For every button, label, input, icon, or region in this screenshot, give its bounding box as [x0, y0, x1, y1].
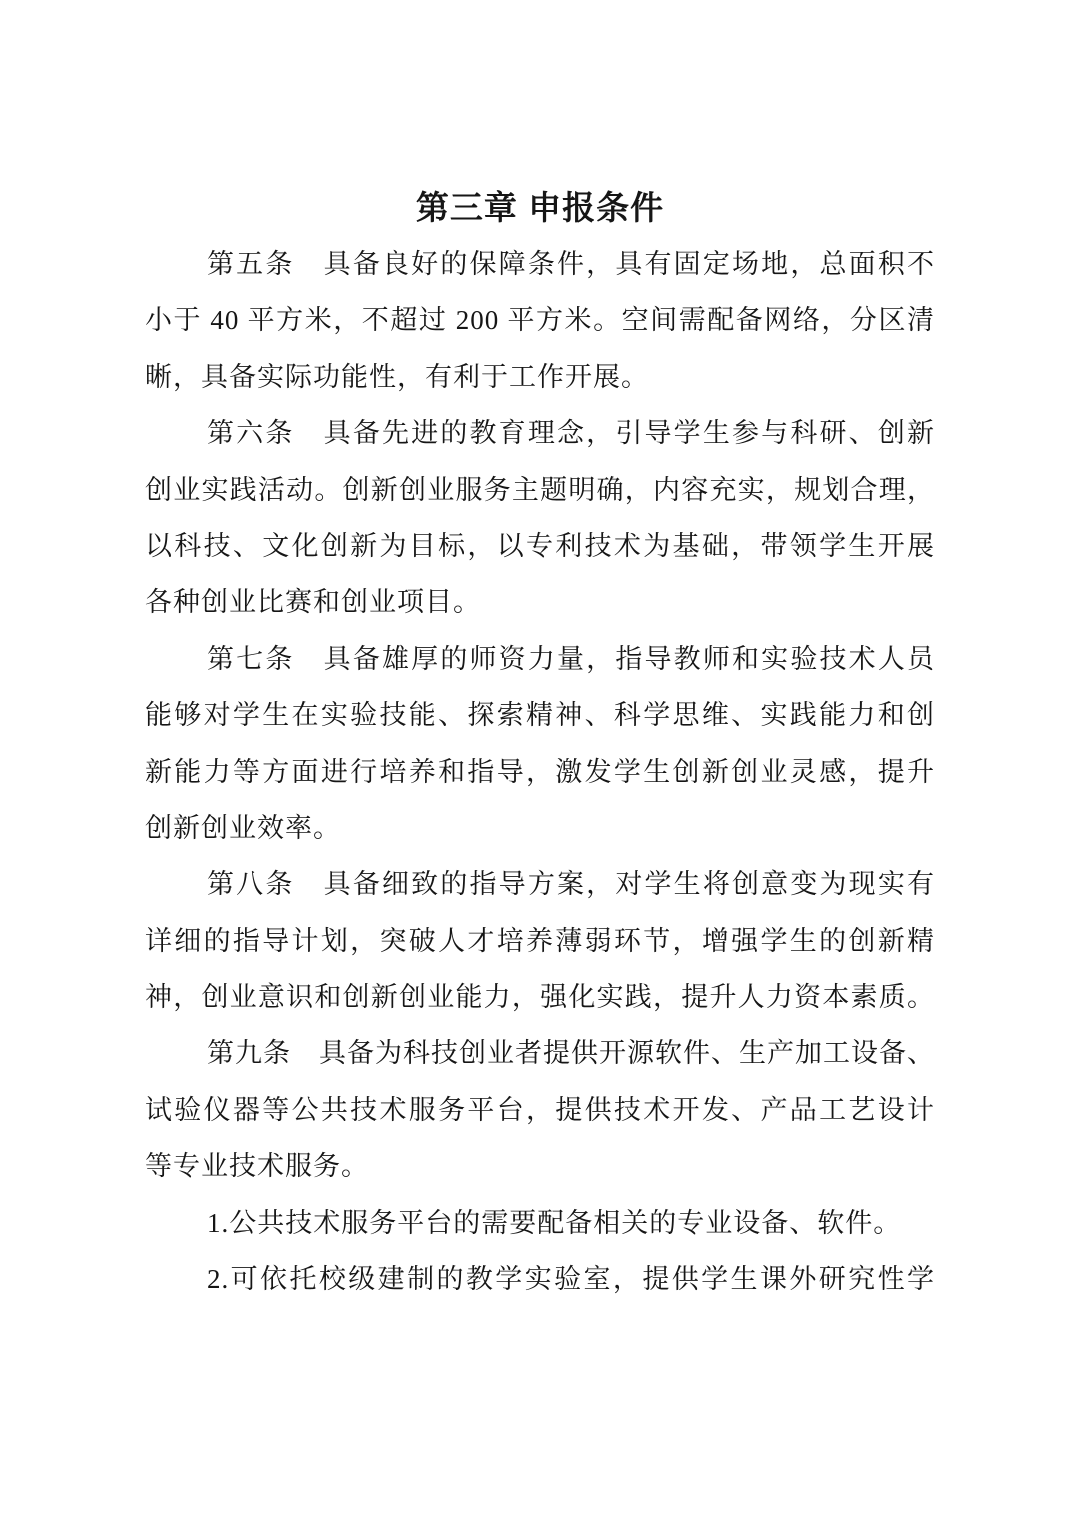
text-line: 第六条 具备先进的教育理念，引导学生参与科研、创新 — [145, 405, 935, 461]
text-line: 2.可依托校级建制的教学实验室，提供学生课外研究性学 — [145, 1251, 935, 1307]
text-line: 创业实践活动。创新创业服务主题明确，内容充实，规划合理， — [145, 462, 935, 518]
text-line: 第八条 具备细致的指导方案，对学生将创意变为现实有 — [145, 856, 935, 912]
chapter-title: 第三章 申报条件 — [145, 179, 935, 236]
text-line: 试验仪器等公共技术服务平台，提供技术开发、产品工艺设计 — [145, 1082, 935, 1138]
text-line: 详细的指导计划，突破人才培养薄弱环节，增强学生的创新精 — [145, 913, 935, 969]
paragraph: 第九条 具备为科技创业者提供开源软件、生产加工设备、试验仪器等公共技术服务平台，… — [145, 1025, 935, 1194]
text-line: 神，创业意识和创新创业能力，强化实践，提升人力资本素质。 — [145, 969, 935, 1025]
text-line: 1.公共技术服务平台的需要配备相关的专业设备、软件。 — [145, 1195, 935, 1251]
paragraph: 第五条 具备良好的保障条件，具有固定场地，总面积不小于 40 平方米，不超过 2… — [145, 236, 935, 405]
document-page: 第三章 申报条件 第五条 具备良好的保障条件，具有固定场地，总面积不小于 40 … — [0, 0, 1080, 1527]
text-line: 第七条 具备雄厚的师资力量，指导教师和实验技术人员 — [145, 631, 935, 687]
paragraph: 1.公共技术服务平台的需要配备相关的专业设备、软件。 — [145, 1195, 935, 1251]
text-line: 晰，具备实际功能性，有利于工作开展。 — [145, 349, 935, 405]
text-line: 第五条 具备良好的保障条件，具有固定场地，总面积不 — [145, 236, 935, 292]
text-line: 以科技、文化创新为目标，以专利技术为基础，带领学生开展 — [145, 518, 935, 574]
paragraph: 2.可依托校级建制的教学实验室，提供学生课外研究性学 — [145, 1251, 935, 1307]
text-line: 创新创业效率。 — [145, 800, 935, 856]
text-line: 各种创业比赛和创业项目。 — [145, 574, 935, 630]
document-body: 第五条 具备良好的保障条件，具有固定场地，总面积不小于 40 平方米，不超过 2… — [145, 236, 935, 1307]
text-line: 等专业技术服务。 — [145, 1138, 935, 1194]
paragraph: 第六条 具备先进的教育理念，引导学生参与科研、创新创业实践活动。创新创业服务主题… — [145, 405, 935, 631]
text-line: 能够对学生在实验技能、探索精神、科学思维、实践能力和创 — [145, 687, 935, 743]
text-line: 小于 40 平方米，不超过 200 平方米。空间需配备网络，分区清 — [145, 292, 935, 348]
paragraph: 第八条 具备细致的指导方案，对学生将创意变为现实有详细的指导计划，突破人才培养薄… — [145, 856, 935, 1025]
paragraph: 第七条 具备雄厚的师资力量，指导教师和实验技术人员能够对学生在实验技能、探索精神… — [145, 631, 935, 857]
text-line: 第九条 具备为科技创业者提供开源软件、生产加工设备、 — [145, 1025, 935, 1081]
text-line: 新能力等方面进行培养和指导，激发学生创新创业灵感，提升 — [145, 744, 935, 800]
